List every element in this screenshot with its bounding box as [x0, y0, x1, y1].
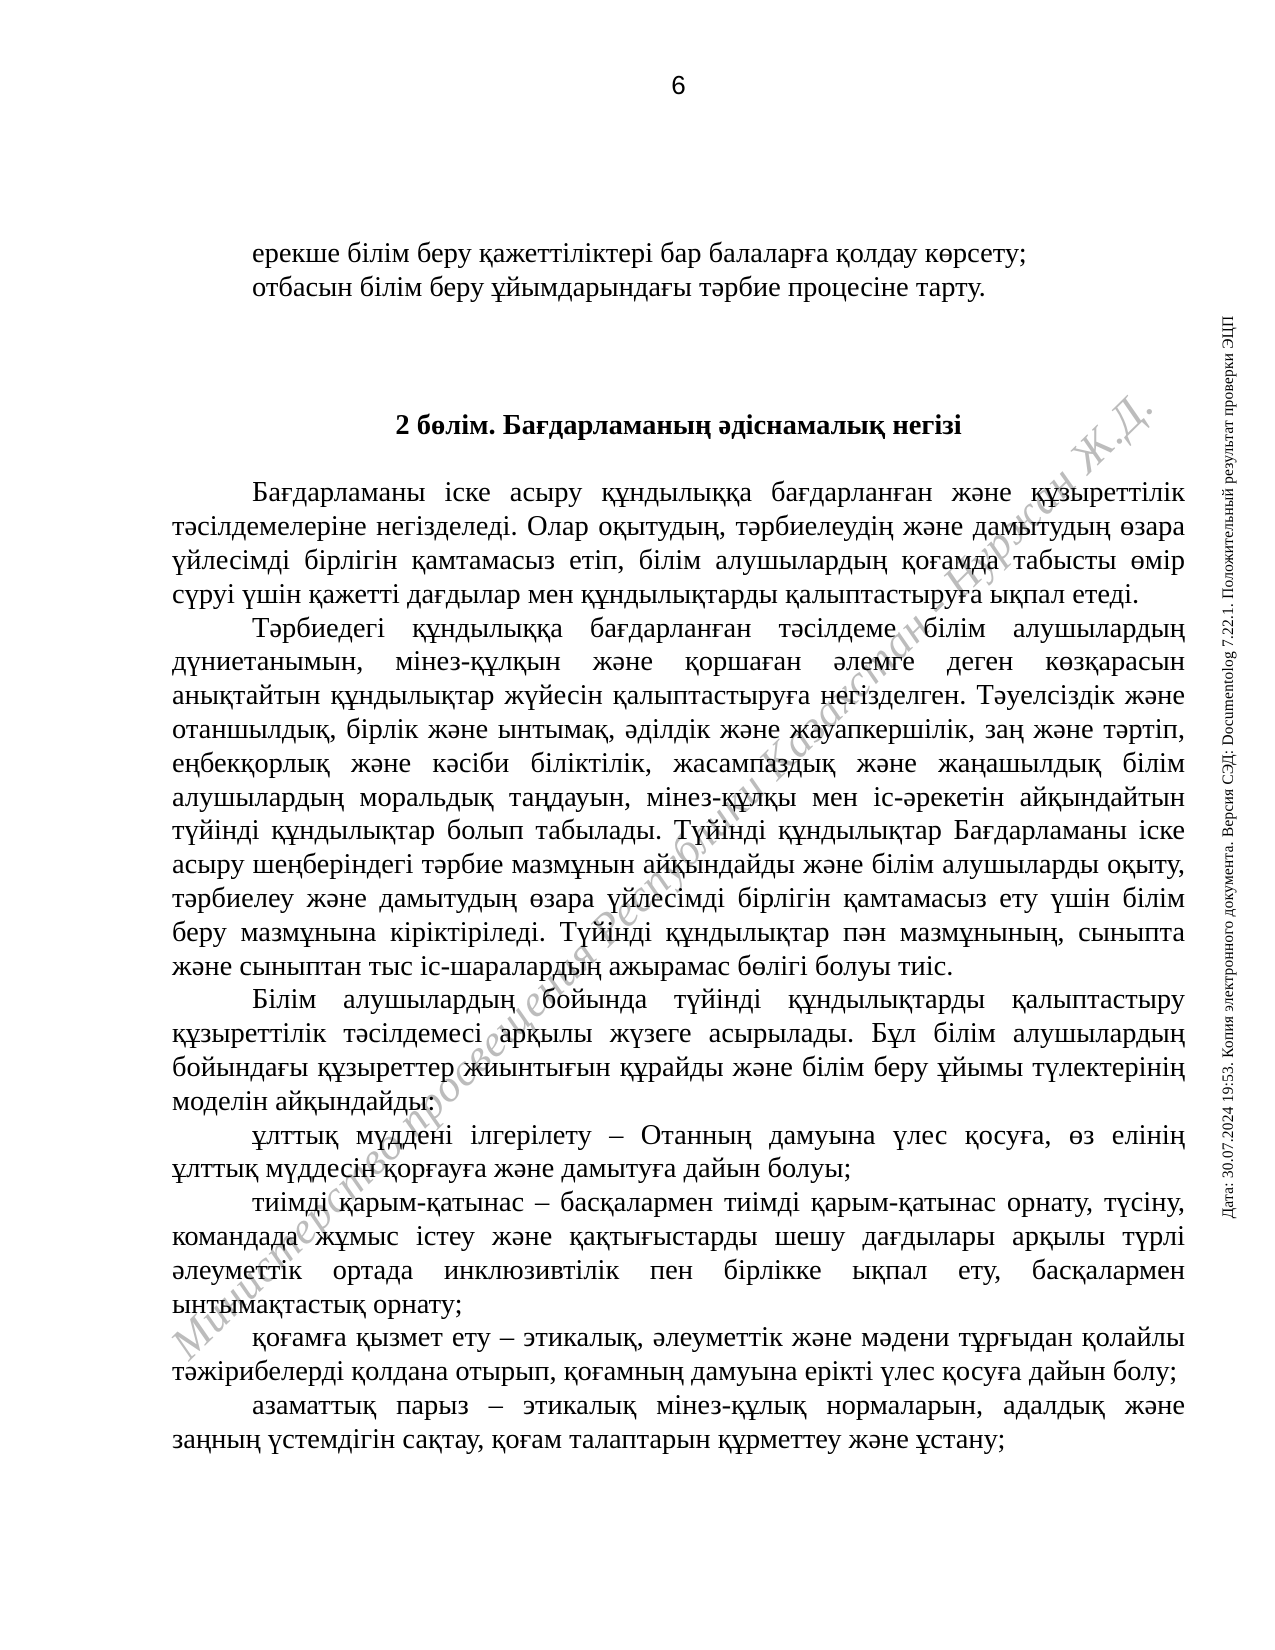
section-heading: 2 бөлім. Бағдарламаның әдіснамалық негіз… [172, 409, 1185, 443]
document-body: ерекше білім беру қажеттіліктері бар бал… [172, 237, 1185, 1457]
paragraph-key-values: Тәрбиедегі құндылыққа бағдарланған тәсіл… [172, 612, 1185, 984]
document-page: Министерство просвещения Республики Каза… [0, 0, 1275, 1650]
list-item-national-interest: ұлттық мүддені ілгерілету – Отанның даму… [172, 1119, 1185, 1187]
list-item-community-service: қоғамға қызмет ету – этикалық, әлеуметті… [172, 1321, 1185, 1389]
intro-line-1: ерекше білім беру қажеттіліктері бар бал… [172, 237, 1185, 271]
paragraph-values-approaches: Бағдарламаны іске асыру құндылыққа бағда… [172, 476, 1185, 611]
intro-line-2: отбасын білім беру ұйымдарындағы тәрбие … [172, 271, 1185, 305]
paragraph-competency-model: Білім алушылардың бойында түйінді құндыл… [172, 983, 1185, 1118]
list-item-effective-communication: тиімді қарым-қатынас – басқалармен тиімд… [172, 1186, 1185, 1321]
eds-verification-text: Дата: 30.07.2024 19:53. Копия электронно… [1220, 316, 1238, 1219]
list-item-civic-duty: азаматтық парыз – этикалық мінез-құлық н… [172, 1389, 1185, 1457]
page-number: 6 [172, 70, 1185, 100]
